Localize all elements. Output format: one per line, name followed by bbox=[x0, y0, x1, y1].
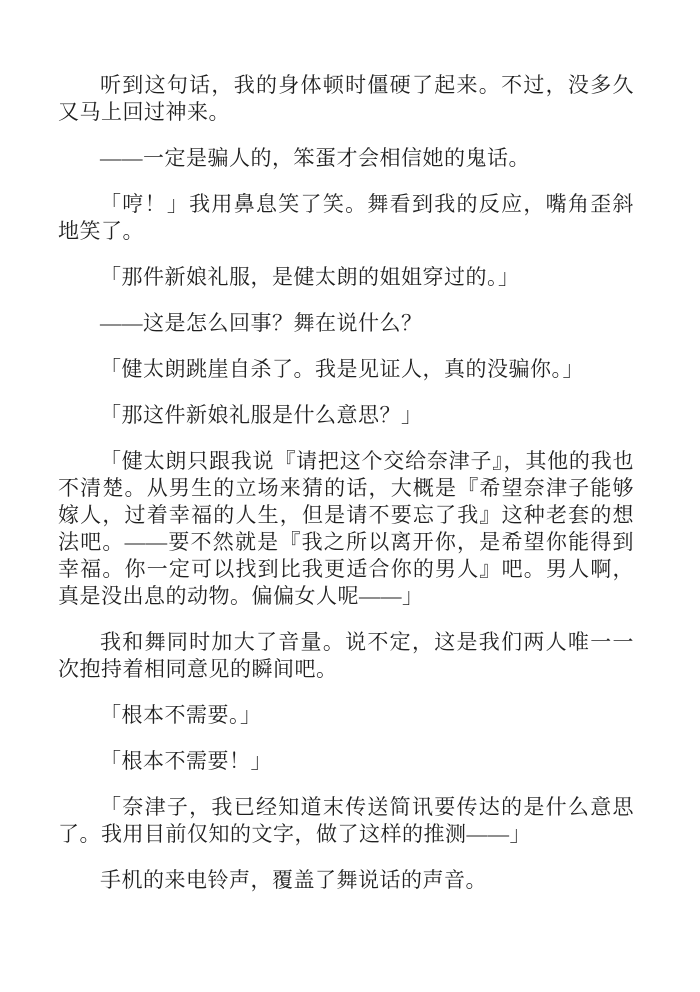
paragraph: 「根本不需要。」 bbox=[58, 702, 634, 729]
paragraph: 「根本不需要！」 bbox=[58, 748, 634, 775]
paragraph: ——这是怎么回事？舞在说什么？ bbox=[58, 310, 634, 337]
paragraph: 「那件新娘礼服，是健太朗的姐姐穿过的。」 bbox=[58, 264, 634, 291]
paragraph: 「健太朗跳崖自杀了。我是见证人，真的没骗你。」 bbox=[58, 356, 634, 383]
paragraph: 「那这件新娘礼服是什么意思？」 bbox=[58, 402, 634, 429]
paragraph: 「健太朗只跟我说『请把这个交给奈津子』，其他的我也不清楚。从男生的立场来猜的话，… bbox=[58, 448, 634, 610]
page-text: 听到这句话，我的身体顿时僵硬了起来。不过，没多久又马上回过神来。 ——一定是骗人… bbox=[58, 72, 634, 913]
paragraph: 「哼！」我用鼻息笑了笑。舞看到我的反应，嘴角歪斜地笑了。 bbox=[58, 191, 634, 245]
paragraph: 手机的来电铃声，覆盖了舞说话的声音。 bbox=[58, 867, 634, 894]
paragraph: 听到这句话，我的身体顿时僵硬了起来。不过，没多久又马上回过神来。 bbox=[58, 72, 634, 126]
paragraph: 我和舞同时加大了音量。说不定，这是我们两人唯一一次抱持着相同意见的瞬间吧。 bbox=[58, 629, 634, 683]
book-page: 听到这句话，我的身体顿时僵硬了起来。不过，没多久又马上回过神来。 ——一定是骗人… bbox=[0, 0, 700, 992]
paragraph: ——一定是骗人的，笨蛋才会相信她的鬼话。 bbox=[58, 145, 634, 172]
paragraph: 「奈津子，我已经知道末传送简讯要传达的是什么意思了。我用目前仅知的文字，做了这样… bbox=[58, 794, 634, 848]
